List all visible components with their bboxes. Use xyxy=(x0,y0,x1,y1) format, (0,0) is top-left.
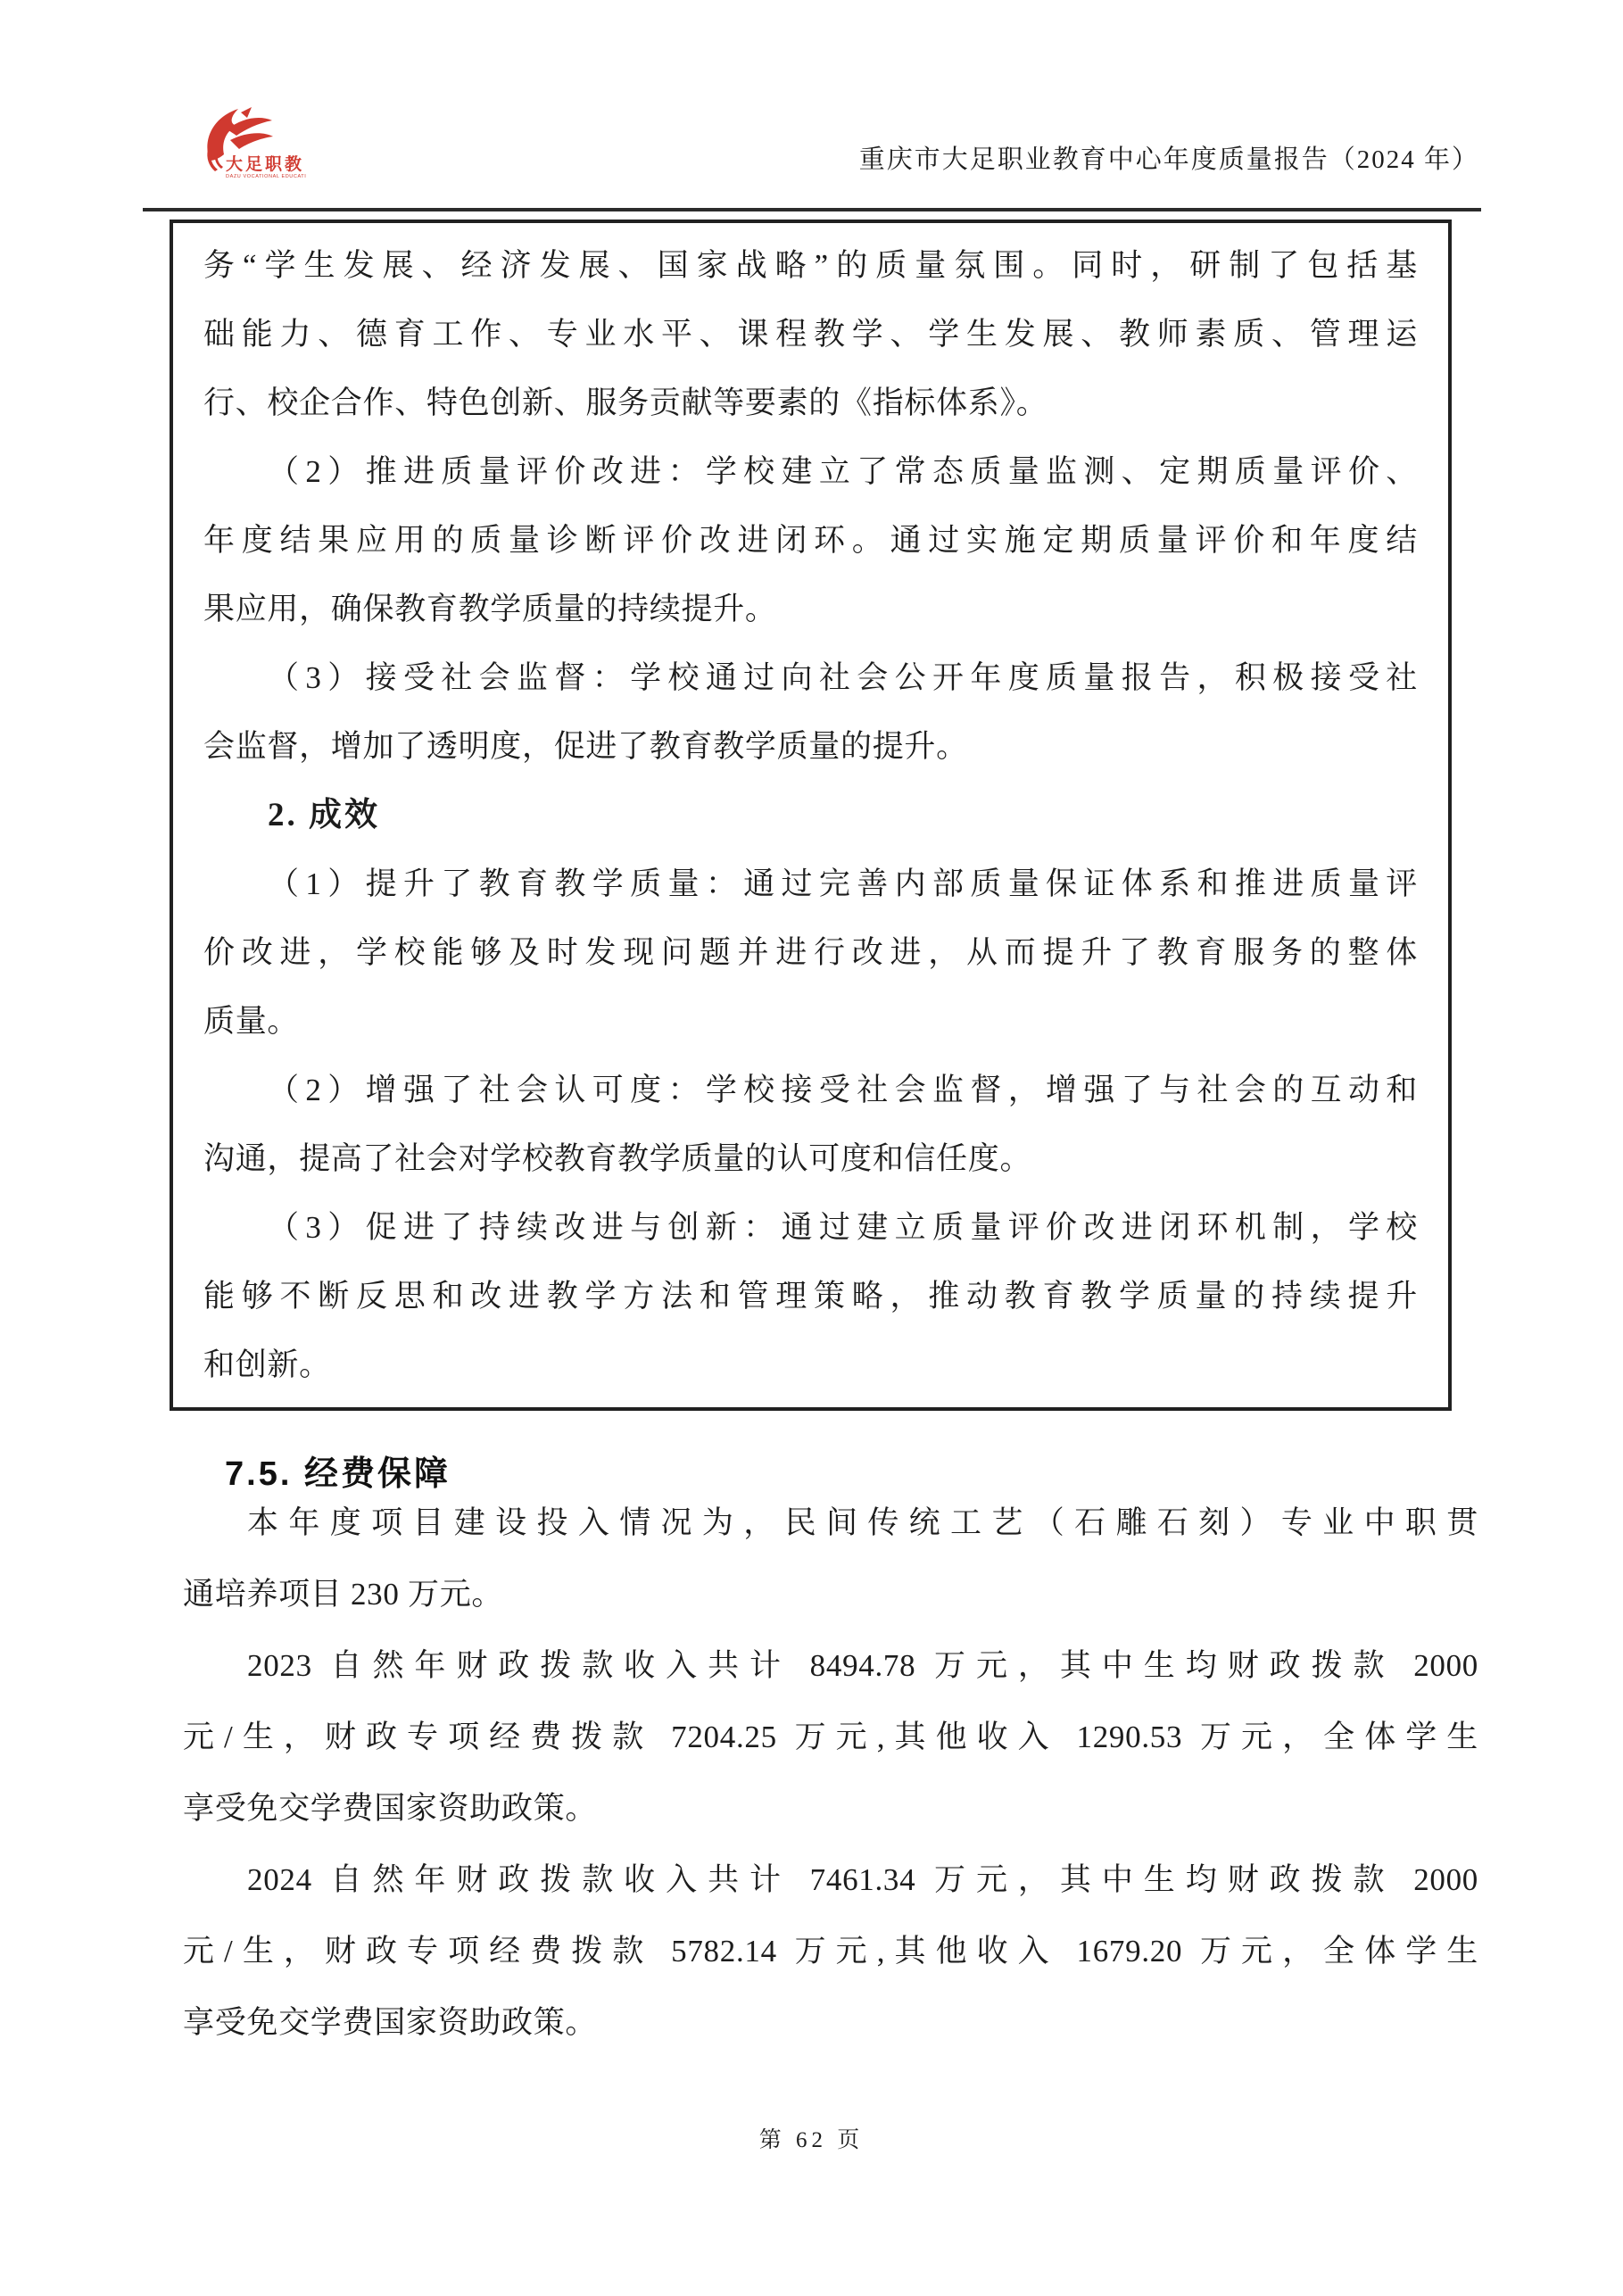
paragraph-line: 本年度项目建设投入情况为，民间传统工艺（石雕石刻）专业中职贯 xyxy=(183,1488,1478,1559)
header-divider xyxy=(143,208,1481,211)
page-number: 第 62 页 xyxy=(0,2122,1623,2154)
box-line: 年度结果应用的质量诊断评价改进闭环。通过实施定期质量评价和年度结 xyxy=(203,506,1418,575)
box-line: （2）推进质量评价改进：学校建立了常态质量监测、定期质量评价、 xyxy=(203,437,1418,506)
paragraph-line: 2024 自然年财政拨款收入共计 7461.34 万元，其中生均财政拨款 200… xyxy=(183,1844,1478,1916)
school-logo: 大足职教 DAZU VOCATIONAL EDUCATION xyxy=(190,105,306,182)
paragraph-line: 享受免交学费国家资助政策。 xyxy=(183,1987,1478,2059)
box-line: 础能力、德育工作、专业水平、课程教学、学生发展、教师素质、管理运 xyxy=(203,300,1418,369)
paragraph-line: 元/生，财政专项经费拨款 5782.14 万元,其他收入 1679.20 万元，… xyxy=(183,1916,1478,1987)
box-line: （2）增强了社会认可度：学校接受社会监督，增强了与社会的互动和 xyxy=(203,1056,1418,1124)
box-line: 和创新。 xyxy=(203,1330,1418,1399)
phoenix-icon: 大足职教 DAZU VOCATIONAL EDUCATION xyxy=(190,105,306,182)
paragraph-line: 元/生，财政专项经费拨款 7204.25 万元,其他收入 1290.53 万元，… xyxy=(183,1702,1478,1773)
box-line: 务“学生发展、经济发展、国家战略”的质量氛围。同时，研制了包括基 xyxy=(203,231,1418,300)
box-line: （3）促进了持续改进与创新：通过建立质量评价改进闭环机制，学校 xyxy=(203,1193,1418,1262)
box-line: 价改进，学校能够及时发现问题并进行改进，从而提升了教育服务的整体 xyxy=(203,918,1418,987)
paragraph-line: 享受免交学费国家资助政策。 xyxy=(183,1773,1478,1844)
logo-text: 大足职教 xyxy=(226,153,304,174)
content-box: 务“学生发展、经济发展、国家战略”的质量氛围。同时，研制了包括基 础能力、德育工… xyxy=(170,220,1452,1411)
report-header-title: 重庆市大足职业教育中心年度质量报告（2024 年） xyxy=(500,139,1479,176)
section-body: 本年度项目建设投入情况为，民间传统工艺（石雕石刻）专业中职贯 通培养项目 230… xyxy=(183,1488,1478,2059)
box-subheading: 2. 成效 xyxy=(203,781,1418,850)
paragraph-line: 通培养项目 230 万元。 xyxy=(183,1559,1478,1630)
box-line: （1）提升了教育教学质量：通过完善内部质量保证体系和推进质量评 xyxy=(203,850,1418,918)
box-line: 质量。 xyxy=(203,987,1418,1056)
box-line: 会监督，增加了透明度，促进了教育教学质量的提升。 xyxy=(203,712,1418,781)
logo-subtitle: DAZU VOCATIONAL EDUCATION xyxy=(226,174,306,179)
box-line: 行、校企合作、特色创新、服务贡献等要素的《指标体系》。 xyxy=(203,369,1418,437)
box-line: 沟通，提高了社会对学校教育教学质量的认可度和信任度。 xyxy=(203,1124,1418,1193)
box-line: 能够不断反思和改进教学方法和管理策略，推动教育教学质量的持续提升 xyxy=(203,1262,1418,1330)
box-line: 果应用，确保教育教学质量的持续提升。 xyxy=(203,575,1418,643)
paragraph-line: 2023 自然年财政拨款收入共计 8494.78 万元，其中生均财政拨款 200… xyxy=(183,1630,1478,1702)
box-line: （3）接受社会监督：学校通过向社会公开年度质量报告，积极接受社 xyxy=(203,643,1418,712)
